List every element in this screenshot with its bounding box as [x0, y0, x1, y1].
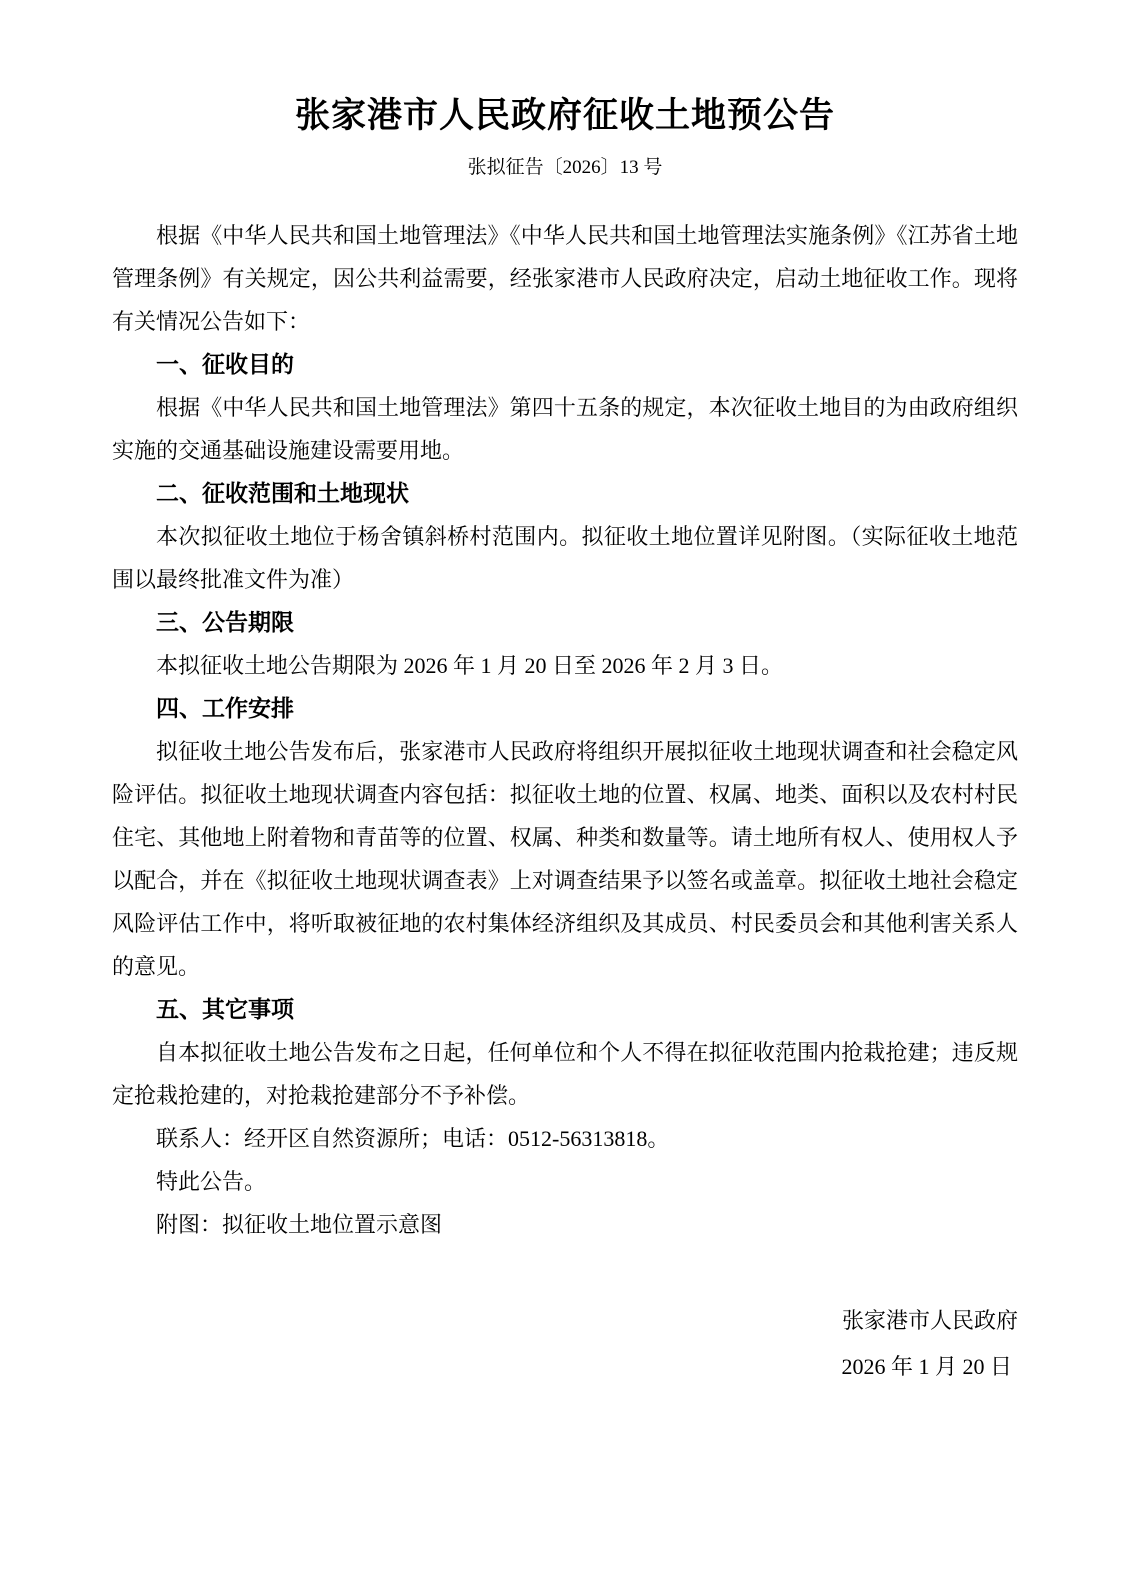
section-heading: 四、工作安排 [112, 687, 1018, 730]
section-heading: 一、征收目的 [112, 343, 1018, 386]
document-number: 张拟征告〔2026〕13 号 [112, 154, 1018, 182]
paragraph: 本次拟征收土地位于杨舍镇斜桥村范围内。拟征收土地位置详见附图。（实际征收土地范围… [112, 515, 1018, 601]
signature-block: 张家港市人民政府 2026 年 1 月 20 日 [112, 1298, 1018, 1390]
paragraph: 自本拟征收土地公告发布之日起，任何单位和个人不得在拟征收范围内抢栽抢建；违反规定… [112, 1031, 1018, 1117]
signature-date: 2026 年 1 月 20 日 [112, 1344, 1018, 1390]
signature-issuer: 张家港市人民政府 [112, 1298, 1018, 1344]
section-heading: 三、公告期限 [112, 601, 1018, 644]
paragraph: 本拟征收土地公告期限为 2026 年 1 月 20 日至 2026 年 2 月 … [112, 644, 1018, 687]
section-heading: 二、征收范围和土地现状 [112, 472, 1018, 515]
announcement-page: 张家港市人民政府征收土地预公告 张拟征告〔2026〕13 号 根据《中华人民共和… [0, 0, 1122, 1587]
section-heading: 五、其它事项 [112, 988, 1018, 1031]
paragraph: 附图：拟征收土地位置示意图 [112, 1203, 1018, 1246]
intro-paragraph: 根据《中华人民共和国土地管理法》《中华人民共和国土地管理法实施条例》《江苏省土地… [112, 214, 1018, 343]
document-sections: 一、征收目的根据《中华人民共和国土地管理法》第四十五条的规定，本次征收土地目的为… [112, 343, 1018, 1246]
paragraph: 拟征收土地公告发布后，张家港市人民政府将组织开展拟征收土地现状调查和社会稳定风险… [112, 730, 1018, 988]
paragraph: 特此公告。 [112, 1160, 1018, 1203]
paragraph: 根据《中华人民共和国土地管理法》第四十五条的规定，本次征收土地目的为由政府组织实… [112, 386, 1018, 472]
document-title: 张家港市人民政府征收土地预公告 [112, 92, 1018, 140]
paragraph: 联系人：经开区自然资源所；电话：0512-56313818。 [112, 1117, 1018, 1160]
